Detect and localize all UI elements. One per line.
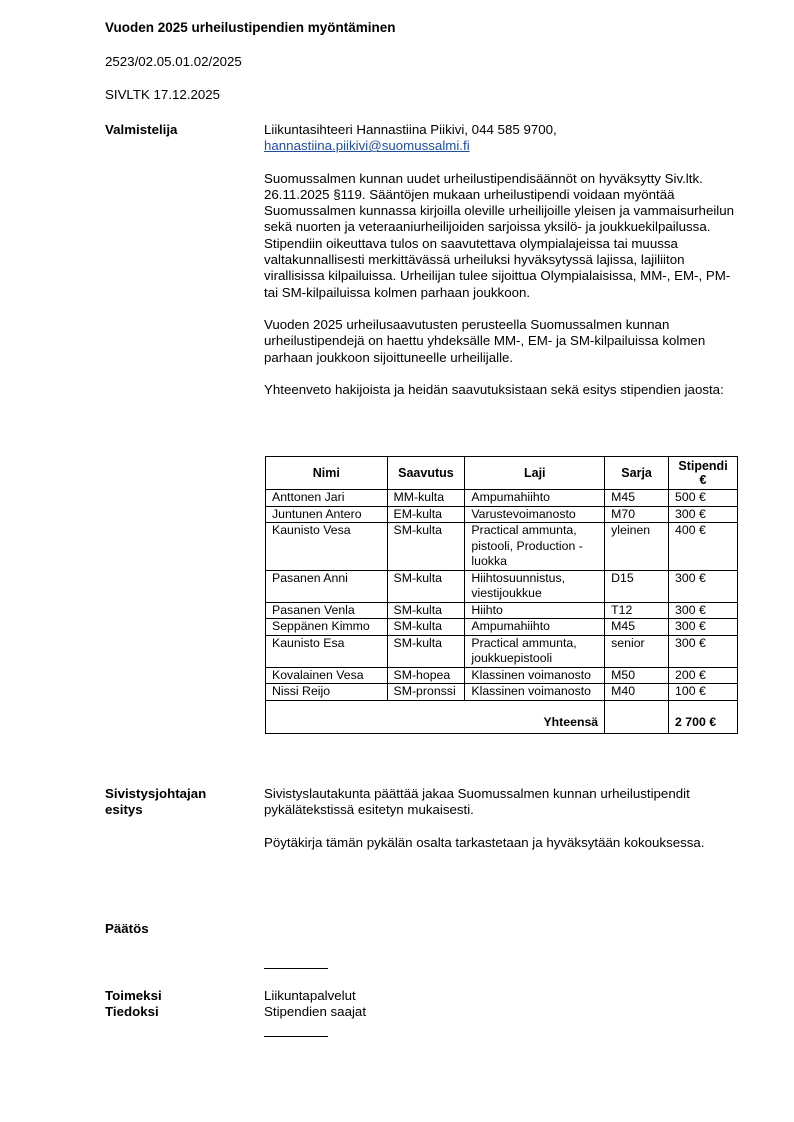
toimeksi-label: Toimeksi: [105, 988, 162, 1004]
cell-stipendi: 100 €: [669, 684, 738, 701]
cell-stipendi: 300 €: [669, 635, 738, 667]
cell-nimi: Kaunisto Vesa: [266, 523, 388, 571]
cell-laji: Ampumahiihto: [465, 490, 605, 507]
cell-laji: Hiihto: [465, 602, 605, 619]
cell-nimi: Pasanen Venla: [266, 602, 388, 619]
email-link[interactable]: hannastiina.piikivi@suomussalmi.fi: [264, 138, 470, 153]
cell-sarja: yleinen: [605, 523, 669, 571]
cell-laji: Klassinen voimanosto: [465, 684, 605, 701]
total-value: 2 700 €: [669, 700, 738, 733]
table-row: Kaunisto VesaSM-kultaPractical ammunta, …: [266, 523, 738, 571]
header-saavutus: Saavutus: [387, 457, 465, 490]
cell-stipendi: 400 €: [669, 523, 738, 571]
paatos-label: Päätös: [105, 921, 149, 937]
total-row: Yhteensä 2 700 €: [266, 700, 738, 733]
reference-number: 2523/02.05.01.02/2025: [105, 54, 242, 69]
table-row: Pasanen VenlaSM-kultaHiihtoT12300 €: [266, 602, 738, 619]
cell-laji: Klassinen voimanosto: [465, 667, 605, 684]
table-header-row: Nimi Saavutus Laji Sarja Stipendi €: [266, 457, 738, 490]
cell-saavutus: SM-pronssi: [387, 684, 465, 701]
total-empty-cell: [605, 700, 669, 733]
esitys-section: Sivistyslautakunta päättää jakaa Suomuss…: [264, 786, 738, 851]
cell-sarja: D15: [605, 570, 669, 602]
preparer-line: Liikuntasihteeri Hannastiina Piikivi, 04…: [264, 122, 738, 138]
header-stipendi: Stipendi €: [669, 457, 738, 490]
esitys-paragraph-2: Pöytäkirja tämän pykälän osalta tarkaste…: [264, 835, 738, 851]
cell-saavutus: SM-hopea: [387, 667, 465, 684]
cell-saavutus: EM-kulta: [387, 506, 465, 523]
valmistelija-label: Valmistelija: [105, 122, 177, 138]
cell-sarja: M45: [605, 619, 669, 636]
separator-line: [264, 968, 328, 969]
cell-stipendi: 300 €: [669, 570, 738, 602]
cell-sarja: senior: [605, 635, 669, 667]
summary-paragraph: Yhteenveto hakijoista ja heidän saavutuk…: [264, 382, 738, 398]
document-title: Vuoden 2025 urheilustipendien myöntämine…: [105, 20, 396, 35]
esitys-label-line2: esitys: [105, 802, 206, 818]
total-label: Yhteensä: [266, 700, 605, 733]
cell-saavutus: MM-kulta: [387, 490, 465, 507]
cell-saavutus: SM-kulta: [387, 635, 465, 667]
table-row: Nissi ReijoSM-pronssiKlassinen voimanost…: [266, 684, 738, 701]
cell-stipendi: 300 €: [669, 506, 738, 523]
cell-stipendi: 200 €: [669, 667, 738, 684]
separator-line: [264, 1036, 328, 1037]
table-row: Seppänen KimmoSM-kultaAmpumahiihtoM45300…: [266, 619, 738, 636]
cell-saavutus: SM-kulta: [387, 619, 465, 636]
cell-sarja: M70: [605, 506, 669, 523]
valmistelija-section: Liikuntasihteeri Hannastiina Piikivi, 04…: [264, 122, 738, 398]
cell-sarja: M50: [605, 667, 669, 684]
cell-laji: Ampumahiihto: [465, 619, 605, 636]
esitys-label-line1: Sivistysjohtajan: [105, 786, 206, 802]
header-sarja: Sarja: [605, 457, 669, 490]
applications-paragraph: Vuoden 2025 urheilusaavutusten perusteel…: [264, 317, 738, 366]
cell-sarja: T12: [605, 602, 669, 619]
esitys-label: Sivistysjohtajan esitys: [105, 786, 206, 818]
cell-saavutus: SM-kulta: [387, 570, 465, 602]
cell-laji: Practical ammunta, pistooli, Production …: [465, 523, 605, 571]
cell-stipendi: 300 €: [669, 619, 738, 636]
table-row: Juntunen AnteroEM-kultaVarustevoimanosto…: [266, 506, 738, 523]
cell-saavutus: SM-kulta: [387, 523, 465, 571]
header-nimi: Nimi: [266, 457, 388, 490]
esitys-paragraph-1: Sivistyslautakunta päättää jakaa Suomuss…: [264, 786, 738, 819]
cell-nimi: Anttonen Jari: [266, 490, 388, 507]
table-row: Anttonen JariMM-kultaAmpumahiihtoM45500 …: [266, 490, 738, 507]
cell-saavutus: SM-kulta: [387, 602, 465, 619]
table-row: Kaunisto EsaSM-kultaPractical ammunta, j…: [266, 635, 738, 667]
cell-stipendi: 500 €: [669, 490, 738, 507]
toimeksi-value: Liikuntapalvelut: [264, 988, 738, 1004]
meeting-info: SIVLTK 17.12.2025: [105, 87, 220, 102]
table-row: Kovalainen VesaSM-hopeaKlassinen voimano…: [266, 667, 738, 684]
cell-nimi: Nissi Reijo: [266, 684, 388, 701]
cell-stipendi: 300 €: [669, 602, 738, 619]
cell-sarja: M40: [605, 684, 669, 701]
cell-nimi: Pasanen Anni: [266, 570, 388, 602]
tiedoksi-value: Stipendien saajat: [264, 1004, 738, 1020]
cell-nimi: Juntunen Antero: [266, 506, 388, 523]
tiedoksi-label: Tiedoksi: [105, 1004, 159, 1020]
table-row: Pasanen AnniSM-kultaHiihtosuunnistus, vi…: [266, 570, 738, 602]
scholarship-table: Nimi Saavutus Laji Sarja Stipendi € Antt…: [265, 456, 738, 734]
cell-laji: Hiihtosuunnistus, viestijoukkue: [465, 570, 605, 602]
cell-nimi: Seppänen Kimmo: [266, 619, 388, 636]
cell-nimi: Kaunisto Esa: [266, 635, 388, 667]
header-laji: Laji: [465, 457, 605, 490]
cell-sarja: M45: [605, 490, 669, 507]
cell-nimi: Kovalainen Vesa: [266, 667, 388, 684]
cell-laji: Varustevoimanosto: [465, 506, 605, 523]
rules-paragraph: Suomussalmen kunnan uudet urheilustipend…: [264, 171, 738, 301]
cell-laji: Practical ammunta, joukkuepistooli: [465, 635, 605, 667]
